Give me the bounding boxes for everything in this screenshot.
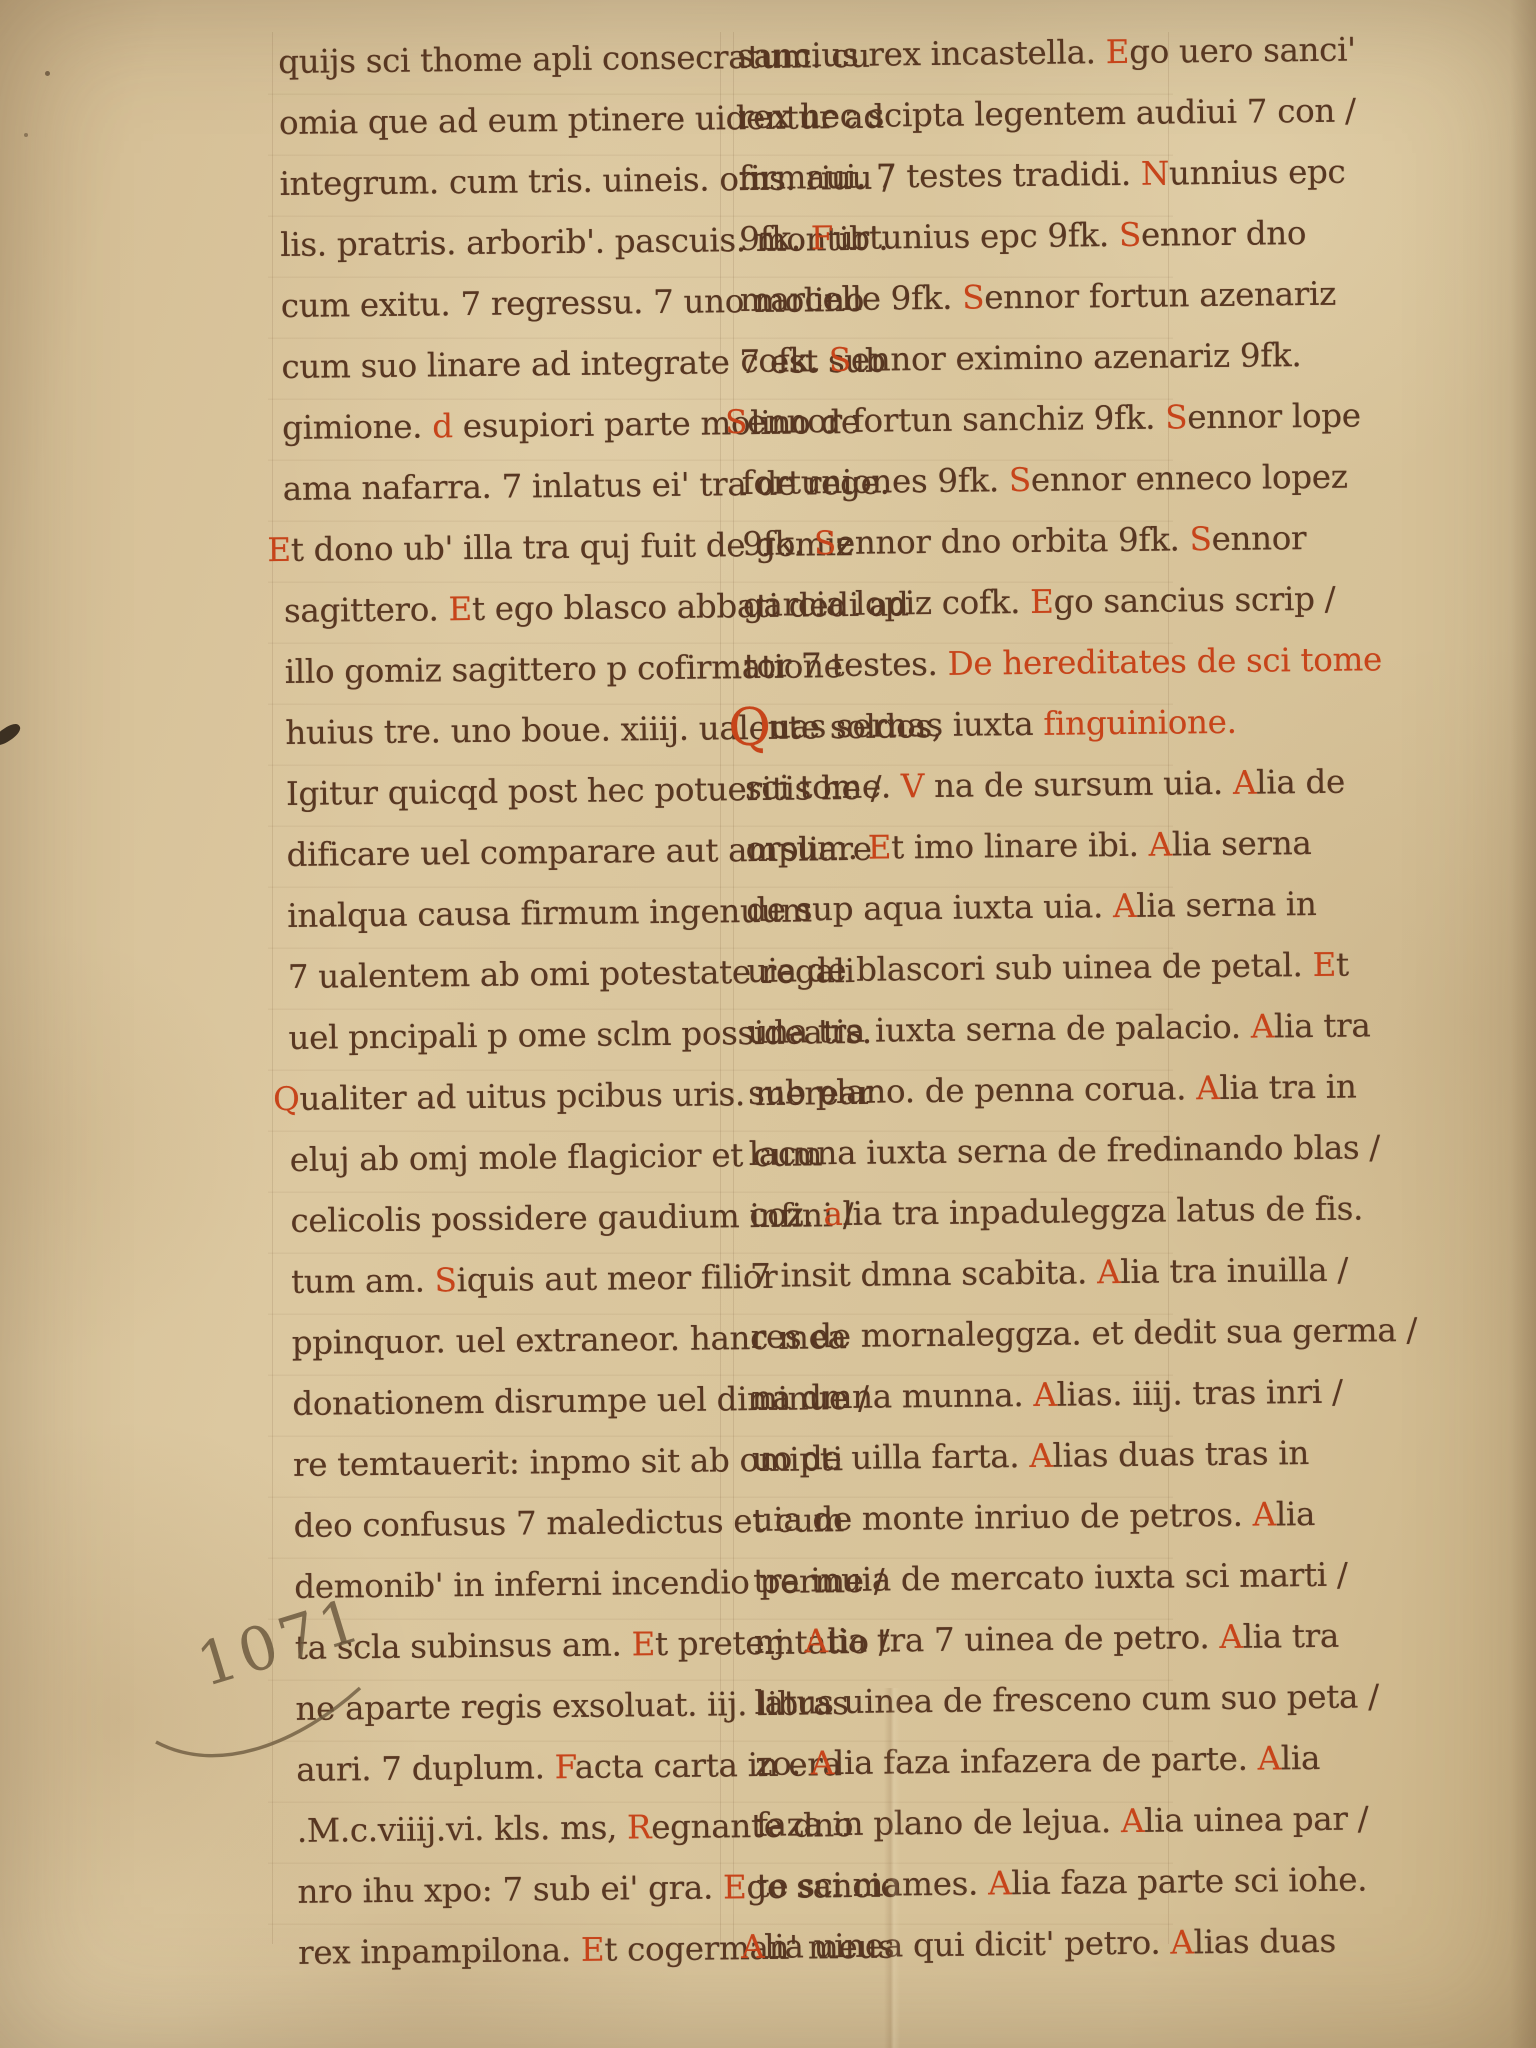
ink-text: iquis aut meor filior: [456, 1258, 777, 1299]
text-line: cum exitu. 7 regressu. 7 uno molino: [281, 271, 722, 337]
text-line: ama nafarra. 7 inlatus ei' tra de rege.: [282, 454, 723, 520]
text-line: integrum. cum tris. uineis. oms. riuu /: [279, 149, 720, 215]
rubric-text: finguinione.: [1043, 703, 1237, 743]
rubric-text: S: [1165, 398, 1187, 436]
text-line: illo gomiz sagittero p cofirmatione: [284, 637, 725, 703]
ink-text: gimione.: [282, 407, 432, 447]
ink-text: lia de: [1256, 763, 1345, 802]
rubric-text: A: [1033, 1376, 1057, 1414]
text-line: orsum. Et imo linare ibi. Alia serna: [745, 814, 1181, 880]
rubric-text: E: [723, 1868, 747, 1906]
text-line: de sup aqua iuxta uia. Alia serna in: [746, 875, 1182, 941]
ink-text: coz.: [749, 1195, 823, 1234]
ink-text: lias duas tras in: [1052, 1434, 1309, 1475]
text-line: huius tre. uno boue. xiiij. ualente sold…: [285, 698, 726, 764]
rubric-text: E: [267, 531, 291, 569]
rubric-text: S: [814, 524, 836, 562]
ink-text: lia serna in: [1136, 885, 1317, 925]
rubric-text: E: [868, 828, 892, 866]
ink-text: lia tra: [1242, 1617, 1339, 1656]
text-line: rex inpampilona. Et cogerman' meus: [298, 1918, 739, 1984]
text-line: tor 7 testes. De hereditates de sci tome: [743, 631, 1179, 697]
text-line: Sennor fortun sanchiz 9fk. Sennor lope: [741, 387, 1177, 453]
ink-text: garcia lopiz cofk.: [743, 583, 1030, 624]
rubric-text: F: [554, 1748, 574, 1786]
text-line: nro ihu xpo: 7 sub ei' gra. Ego sancio: [297, 1857, 738, 1923]
ink-text: marcelle 9fk.: [740, 279, 963, 319]
text-line: uel pncipali p ome sclm possideatis.: [288, 1003, 729, 1069]
text-line: 9fk. Sennor dno orbita 9fk. Sennor: [742, 509, 1178, 575]
ink-text: lia: [1281, 1739, 1321, 1777]
ink-text: na de sursum uia.: [924, 764, 1233, 805]
text-line: Quas sernas iuxta finguinione.: [744, 692, 1180, 758]
text-line: garcia lopiz cofk. Ego sancius scrip /: [743, 570, 1179, 636]
rubric-text: N: [1141, 154, 1170, 192]
rubric-text: A: [1252, 1495, 1276, 1533]
text-line: nj. Alia tra 7 uinea de petro. Alia tra: [754, 1607, 1190, 1673]
rubric-text: A: [988, 1864, 1012, 1902]
text-column-right: sancius rex incastella. Ego uero sanci'r…: [737, 21, 1192, 1977]
ink-text: lia faza parte sci iohe.: [1011, 1861, 1367, 1903]
rubric-text: A: [1251, 1007, 1275, 1045]
rubric-text: A: [804, 1622, 828, 1660]
text-line: te sci mames. Alia faza parte sci iohe.: [756, 1851, 1192, 1917]
text-line: demonib' in inferni incendio perme /: [294, 1552, 735, 1618]
rubric-text: S: [725, 403, 747, 441]
text-line: quijs sci thome apli consecratum. cu: [278, 27, 719, 93]
text-line: lis. pratris. arborib'. pascuis. montib'…: [280, 210, 721, 276]
rubric-text: A: [1233, 764, 1257, 802]
ink-text: firmaui. 7 testes tradidi.: [738, 155, 1141, 197]
text-line: 7 ualentem ab omi potestate regali: [288, 942, 729, 1008]
text-line: una tra iuxta serna de palacio. Alia tra: [747, 997, 1183, 1063]
ink-text: sub plano. de penna corua.: [748, 1069, 1196, 1112]
text-line: res de mornaleggza. et dedit sua germa /: [750, 1302, 1186, 1368]
ink-text: zo.: [755, 1744, 811, 1783]
text-line: 9fk. Furtunius epc 9fk. Sennor dno: [739, 204, 1175, 270]
text-line: marcelle 9fk. Sennor fortun azenariz: [740, 265, 1176, 331]
text-line: zo. Alia faza infazera de parte. Alia: [755, 1729, 1191, 1795]
text-line: sub plano. de penna corua. Alia tra in: [748, 1058, 1184, 1124]
rubric-text: Q: [273, 1080, 300, 1118]
ink-text: lia tra: [1274, 1006, 1371, 1045]
text-line: tum am. Siquis aut meor filior: [291, 1247, 732, 1313]
rubric-text: De hereditates de sci tome: [947, 640, 1382, 683]
ink-text: lacuna iuxta serna de fredinando blas /: [749, 1128, 1381, 1173]
text-line: gimione. d esupiori parte molino de: [282, 393, 723, 459]
ink-text: tor 7 testes.: [744, 645, 948, 685]
rubric-text: A: [1121, 1802, 1145, 1840]
ink-text: lia tra 7 uinea de petro.: [827, 1618, 1219, 1660]
rubric-text: Q: [728, 698, 770, 758]
text-line: sancius rex incastella. Ego uero sanci': [737, 21, 1173, 87]
ink-text: lia uinea par /: [1144, 1799, 1369, 1839]
text-line: coz. alia tra inpaduleggza latus de fis.: [749, 1180, 1185, 1246]
text-line: sci tome. V na de sursum uia. Alia de: [745, 753, 1181, 819]
ink-text: na dmna munna.: [751, 1376, 1033, 1417]
ink-text: sancius rex incastella.: [737, 33, 1106, 75]
ink-text: tra inuia de mercato iuxta sci marti /: [753, 1556, 1348, 1600]
ink-text: urtunius epc 9fk.: [833, 216, 1119, 257]
ink-text: una tra iuxta serna de palacio.: [747, 1008, 1251, 1051]
text-line: sagittero. Et ego blasco abbati dedi ad: [284, 576, 725, 642]
text-line: ppinquor. uel extraneor. hanc mea: [291, 1308, 732, 1374]
rubric-text: S: [962, 278, 984, 316]
rubric-text: E: [1030, 583, 1054, 621]
rubric-text: a: [823, 1195, 842, 1233]
ink-text: ennor enneco lopez: [1031, 458, 1348, 499]
ink-text: t imo linare ibi.: [891, 826, 1149, 867]
text-line: 7 insit dmna scabita. Alia tra inuilla /: [750, 1241, 1186, 1307]
rubric-text: A: [741, 1928, 765, 1966]
ink-text: sagittero.: [284, 590, 449, 630]
text-line: faza in plano de lejua. Alia uinea par /: [756, 1790, 1192, 1856]
text-line: na dmna munna. Alias. iiij. tras inri /: [751, 1363, 1187, 1429]
ink-text: faza in plano de lejua.: [756, 1802, 1122, 1844]
ink-text: 9fk.: [742, 524, 814, 563]
ink-text: nj.: [754, 1622, 805, 1661]
rubric-text: E: [1106, 33, 1130, 71]
ink-text: inalqua causa firmum ingenuum: [287, 891, 812, 934]
text-line: Alia uinea qui dicit' petro. Alias duas: [757, 1912, 1193, 1978]
rubric-text: R: [627, 1808, 652, 1846]
ink-text: .M.c.viiij.vi. kls. ms,: [297, 1808, 628, 1849]
text-line: Qualiter ad uitus pcibus uris. merear: [289, 1064, 730, 1130]
ink-text: lia: [1276, 1495, 1316, 1533]
text-line: tra inuia de mercato iuxta sci marti /: [753, 1546, 1189, 1612]
ink-blot: [0, 721, 23, 749]
ink-text: res de mornaleggza. et dedit sua germa /: [751, 1311, 1418, 1356]
rubric-text: F: [811, 219, 834, 257]
ink-text: lias duas: [1193, 1922, 1336, 1961]
rubric-text: A: [1257, 1739, 1281, 1777]
ink-text: lia tra inuilla /: [1120, 1251, 1348, 1291]
margin-note-flourish: [150, 1680, 380, 1800]
ink-text: rex hec scipta legentem audiui 7 con /: [738, 92, 1356, 136]
ink-speck: [24, 133, 28, 137]
text-line: Et dono ub' illa tra quj fuit de gomiz: [283, 515, 724, 581]
rubric-text: A: [1196, 1069, 1220, 1107]
rubric-text: E: [1312, 946, 1336, 984]
rubric-text: E: [448, 590, 472, 628]
text-line: cofk. Sennor eximino azenariz 9fk.: [740, 326, 1176, 392]
ink-text: tum am.: [291, 1261, 435, 1301]
text-line: uia de monte inriuo de petros. Alia: [752, 1485, 1188, 1551]
rubric-text: A: [1219, 1618, 1243, 1656]
text-line: donationem disrumpe uel diminue /: [292, 1369, 733, 1435]
parchment-crease: [884, 1688, 900, 2048]
text-line: uia de blascori sub uinea de petal. Et: [747, 936, 1183, 1002]
text-line: uo de uilla farta. Alias duas tras in: [752, 1424, 1188, 1490]
rubric-text: A: [1170, 1923, 1194, 1961]
ink-text: cofk.: [740, 341, 829, 380]
ink-text: lia serna: [1172, 824, 1312, 863]
text-line: deo confusus 7 maledictus et cum: [293, 1491, 734, 1557]
ink-text: de sup aqua iuxta uia.: [746, 887, 1113, 929]
rubric-text: S: [1119, 216, 1141, 254]
rubric-text: S: [1009, 461, 1031, 499]
ink-text: uia de monte inriuo de petros.: [752, 1496, 1252, 1539]
ink-text: 9fk.: [739, 219, 811, 258]
ink-text: ennor lope: [1187, 396, 1361, 436]
ink-text: uas sernas iuxta: [770, 705, 1044, 746]
text-line: dificare uel comparare aut ampliare: [286, 820, 727, 886]
ink-text: ennor fortun azenariz: [984, 275, 1336, 317]
manuscript-page: quijs sci thome apli consecratum. cuomia…: [0, 0, 1536, 2048]
ink-text: go sancius scrip /: [1053, 580, 1335, 621]
text-line: .M.c.viiij.vi. kls. ms, Regnante dno: [297, 1796, 738, 1862]
rubric-text: E: [581, 1931, 605, 1969]
text-line: Igitur quicqd post hec potueritis he /: [286, 759, 727, 825]
rubric-text: S: [434, 1261, 456, 1299]
ink-text: go uero sanci': [1129, 31, 1356, 71]
text-line: eluj ab omj mole flagicior et cum: [289, 1125, 730, 1191]
ink-text: rex inpampilona.: [298, 1931, 581, 1972]
rubric-text: A: [1097, 1253, 1121, 1291]
text-line: lacuna iuxta serna de fredinando blas /: [748, 1119, 1184, 1185]
ink-text: lia uinea qui dicit' petro.: [764, 1924, 1171, 1966]
rubric-text: A: [1113, 887, 1137, 925]
ink-text: 7 insit dmna scabita.: [750, 1253, 1097, 1295]
ink-text: ennor dno orbita 9fk.: [836, 520, 1190, 562]
rubric-text: d: [432, 407, 453, 445]
ink-text: ennor eximino azenariz 9fk.: [851, 336, 1302, 379]
ink-text: uo de uilla farta.: [752, 1437, 1030, 1478]
ink-text: ennor fortun sanchiz 9fk.: [747, 399, 1166, 441]
ink-text: unnius epc: [1169, 153, 1346, 193]
rubric-text: V: [901, 767, 925, 805]
ink-text: ennor: [1211, 519, 1306, 558]
ink-text: fortuniones 9fk.: [742, 461, 1010, 502]
text-line: celicolis possidere gaudium infini /: [290, 1186, 731, 1252]
ink-text: lia tra inpaduleggza latus de fis.: [842, 1190, 1363, 1233]
ink-text: latus uinea de fresceno cum suo peta /: [754, 1677, 1379, 1722]
text-line: cum suo linare ad integrate 7 est sub: [281, 332, 722, 398]
ink-text: sci tome.: [745, 767, 901, 807]
text-line: rex hec scipta legentem audiui 7 con /: [738, 82, 1174, 148]
ink-text: te sci mames.: [756, 1864, 988, 1904]
ink-text: uia de blascori sub uinea de petal.: [747, 946, 1313, 990]
ink-text: lias. iiij. tras inri /: [1056, 1373, 1342, 1414]
text-line: omia que ad eum ptinere uidentur ad: [279, 88, 720, 154]
ink-text: nro ihu xpo: 7 sub ei' gra.: [297, 1868, 723, 1910]
rubric-text: S: [829, 341, 851, 379]
page-edge-shadow: [1510, 0, 1536, 2048]
ink-speck: [45, 71, 50, 76]
rubric-text: A: [811, 1744, 835, 1782]
ink-text: eluj ab omj mole flagicior et cum: [290, 1135, 823, 1179]
text-line: inalqua causa firmum ingenuum: [287, 881, 728, 947]
text-line: re temtauerit: inpmo sit ab omipti: [293, 1430, 734, 1496]
text-line: firmaui. 7 testes tradidi. Nunnius epc: [738, 143, 1174, 209]
rubric-text: E: [631, 1625, 655, 1663]
rubric-text: A: [1029, 1437, 1053, 1475]
ink-text: lia tra in: [1219, 1068, 1357, 1107]
ink-text: ennor dno: [1141, 214, 1307, 254]
text-line: latus uinea de fresceno cum suo peta /: [754, 1668, 1190, 1734]
rubric-text: S: [1189, 520, 1211, 558]
text-line: fortuniones 9fk. Sennor enneco lopez: [741, 448, 1177, 514]
ink-text: t: [1336, 946, 1349, 984]
rubric-text: A: [1148, 825, 1172, 863]
ink-text: orsum.: [745, 829, 867, 868]
